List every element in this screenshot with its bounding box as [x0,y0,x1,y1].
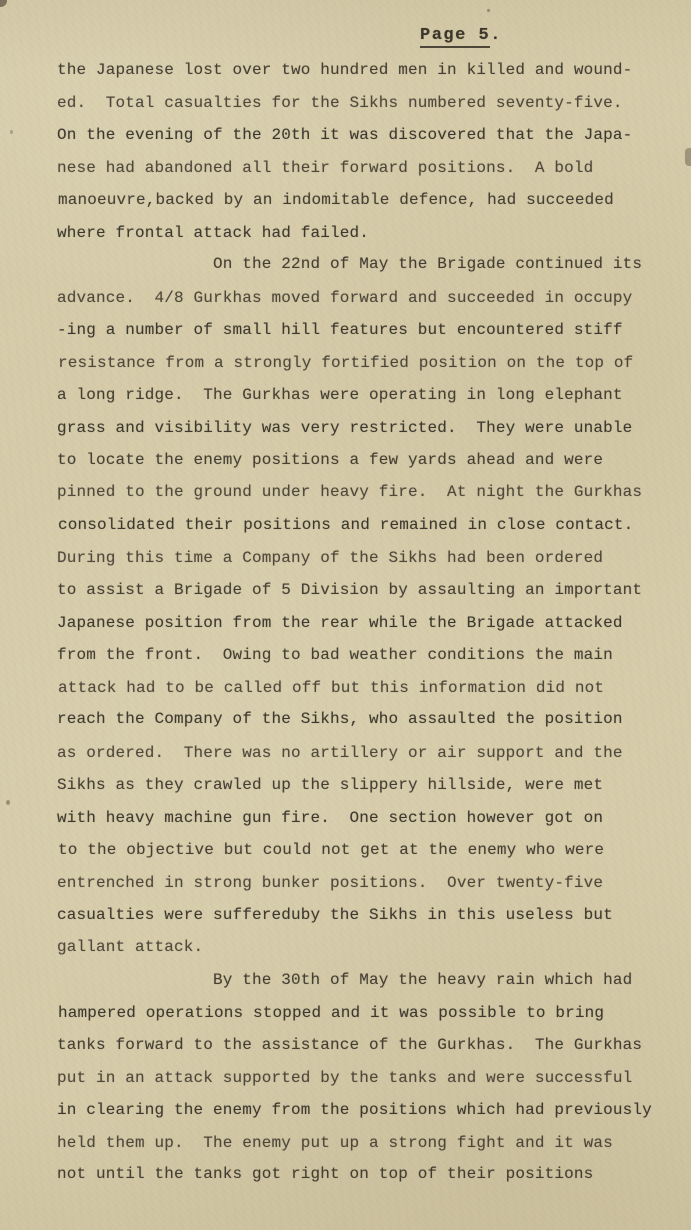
text-line: manoeuvre,backed by an indomitable defen… [58,184,658,217]
text-line: from the front. Owing to bad weather con… [57,639,657,672]
document-body: the Japanese lost over two hundred men i… [57,54,657,1192]
text-line: held them up. The enemy put up a strong … [57,1127,657,1160]
text-line: in clearing the enemy from the positions… [57,1094,657,1127]
text-line: to locate the enemy positions a few yard… [57,444,657,477]
page-number-period: . [490,26,502,45]
text-line: with heavy machine gun fire. One section… [57,802,657,835]
text-line: where frontal attack had failed. [57,217,657,250]
text-line: a long ridge. The Gurkhas were operating… [57,379,657,412]
text-line: not until the tanks got right on top of … [57,1158,657,1191]
text-line: Japanese position from the rear while th… [57,607,657,640]
text-line: resistance from a strongly fortified pos… [58,347,658,380]
text-line: Sikhs as they crawled up the slippery hi… [57,769,657,802]
text-line: casualties were suffereduby the Sikhs in… [57,899,657,932]
text-line: as ordered. There was no artillery or ai… [57,737,657,770]
text-line: reach the Company of the Sikhs, who assa… [57,703,657,736]
page-number-heading: Page 5. [420,26,502,45]
paper-speck [685,148,691,166]
text-line: consolidated their positions and remaine… [58,509,658,542]
text-line: attack had to be called off but this inf… [58,672,658,705]
text-line: tanks forward to the assistance of the G… [57,1029,657,1062]
document-page: Page 5. the Japanese lost over two hundr… [0,0,691,1230]
paper-speck [6,800,10,805]
text-line: gallant attack. [57,931,657,964]
text-line: hampered operations stopped and it was p… [58,997,658,1030]
paper-speck [10,130,13,134]
text-line: to the objective but could not get at th… [58,834,658,867]
text-line: advance. 4/8 Gurkhas moved forward and s… [57,282,657,315]
page-number-text: Page 5 [420,26,490,48]
text-line: entrenched in strong bunker positions. O… [57,867,657,900]
text-line: the Japanese lost over two hundred men i… [57,54,657,87]
text-line: -ing a number of small hill features but… [57,314,657,347]
text-line: ed. Total casualties for the Sikhs numbe… [57,87,657,120]
text-line: On the evening of the 20th it was discov… [57,119,657,152]
text-line: nese had abandoned all their forward pos… [57,152,657,185]
text-line: During this time a Company of the Sikhs … [57,542,657,575]
text-line: On the 22nd of May the Brigade continued… [57,248,657,281]
text-line: grass and visibility was very restricted… [57,412,657,445]
text-line: By the 30th of May the heavy rain which … [57,964,657,997]
text-line: pinned to the ground under heavy fire. A… [57,476,657,509]
text-line: put in an attack supported by the tanks … [57,1062,657,1095]
paper-speck [487,9,490,12]
text-line: to assist a Brigade of 5 Division by ass… [57,574,657,607]
paper-speck [0,0,7,7]
